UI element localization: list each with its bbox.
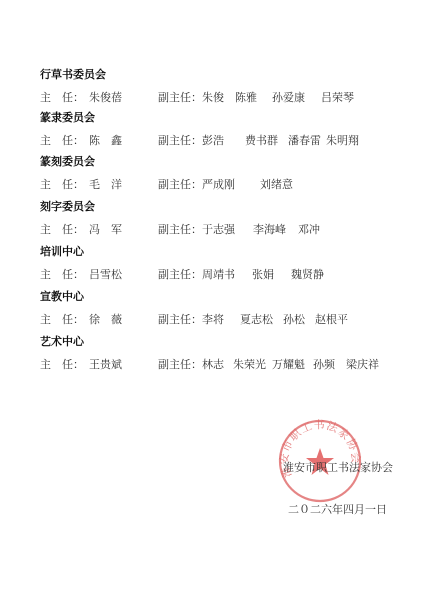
deputy-name: 梁庆祥	[346, 356, 379, 372]
deputy-label: 副主任：	[158, 356, 202, 372]
section-members: 主 任： 王贵斌 副主任： 林志 朱荣光 万耀魁 孙频 梁庆祥	[40, 356, 410, 370]
deputy-name: 李海峰	[253, 221, 286, 237]
deputy-name: 孙松	[283, 311, 305, 327]
deputy-label: 副主任：	[158, 132, 202, 148]
director-label: 主 任：	[40, 356, 84, 372]
deputy-name: 赵根平	[315, 311, 348, 327]
director-label: 主 任：	[40, 132, 84, 148]
section-heading: 刻字委员会	[40, 198, 95, 214]
section-members: 主 任： 毛 洋 副主任： 严成刚 刘绪意	[40, 176, 410, 190]
deputy-name: 孙频	[313, 356, 335, 372]
deputy-label: 副主任：	[158, 311, 202, 327]
section-members: 主 任： 徐 薇 副主任： 李将 夏志松 孙松 赵根平	[40, 311, 410, 325]
deputy-name: 朱明翔	[326, 132, 359, 148]
deputy-name: 吕荣琴	[321, 89, 354, 105]
director-label: 主 任：	[40, 89, 84, 105]
deputy-label: 副主任：	[158, 221, 202, 237]
director-name: 陈 鑫	[89, 132, 122, 148]
section-members: 主 任： 陈 鑫 副主任： 彭浩 费书群 潘春雷 朱明翔	[40, 132, 410, 146]
deputy-name: 李将	[202, 311, 224, 327]
deputy-label: 副主任：	[158, 266, 202, 282]
document-page: 行草书委员会 主 任： 朱俊蓓 副主任： 朱俊 陈雅 孙爱康 吕荣琴 篆隶委员会…	[0, 0, 427, 600]
deputy-name: 刘绪意	[260, 176, 293, 192]
section-members: 主 任： 吕雪松 副主任： 周靖书 张娟 魏贤静	[40, 266, 410, 280]
deputy-name: 于志强	[202, 221, 235, 237]
section-heading: 篆隶委员会	[40, 109, 95, 125]
organization-signature: 淮安市职工书法家协会	[283, 459, 393, 475]
deputy-label: 副主任：	[158, 176, 202, 192]
director-label: 主 任：	[40, 221, 84, 237]
section-heading: 培训中心	[40, 243, 84, 259]
deputy-name: 朱荣光	[233, 356, 266, 372]
deputy-name: 张娟	[252, 266, 274, 282]
deputy-name: 陈雅	[235, 89, 257, 105]
deputy-name: 夏志松	[240, 311, 273, 327]
section-members: 主 任： 朱俊蓓 副主任： 朱俊 陈雅 孙爱康 吕荣琴	[40, 89, 410, 103]
deputy-label: 副主任：	[158, 89, 202, 105]
deputy-name: 邓冲	[298, 221, 320, 237]
director-label: 主 任：	[40, 311, 84, 327]
deputy-name: 万耀魁	[272, 356, 305, 372]
deputy-name: 魏贤静	[291, 266, 324, 282]
deputy-name: 潘春雷	[288, 132, 321, 148]
section-heading: 行草书委员会	[40, 66, 106, 82]
deputy-name: 朱俊	[202, 89, 224, 105]
deputy-name: 严成刚	[202, 176, 235, 192]
section-heading: 艺术中心	[40, 333, 84, 349]
deputy-name: 孙爱康	[272, 89, 305, 105]
director-name: 吕雪松	[89, 266, 122, 282]
deputy-name: 彭浩	[202, 132, 224, 148]
director-name: 朱俊蓓	[89, 89, 122, 105]
section-heading: 篆刻委员会	[40, 153, 95, 169]
section-heading: 宣教中心	[40, 288, 84, 304]
director-label: 主 任：	[40, 266, 84, 282]
director-name: 毛 洋	[89, 176, 122, 192]
director-name: 冯 军	[89, 221, 122, 237]
section-members: 主 任： 冯 军 副主任： 于志强 李海峰 邓冲	[40, 221, 410, 235]
director-name: 王贵斌	[89, 356, 122, 372]
deputy-name: 林志	[202, 356, 224, 372]
director-label: 主 任：	[40, 176, 84, 192]
document-date: 二０二六年四月一日	[288, 501, 387, 517]
deputy-name: 费书群	[245, 132, 278, 148]
director-name: 徐 薇	[89, 311, 122, 327]
deputy-name: 周靖书	[202, 266, 235, 282]
